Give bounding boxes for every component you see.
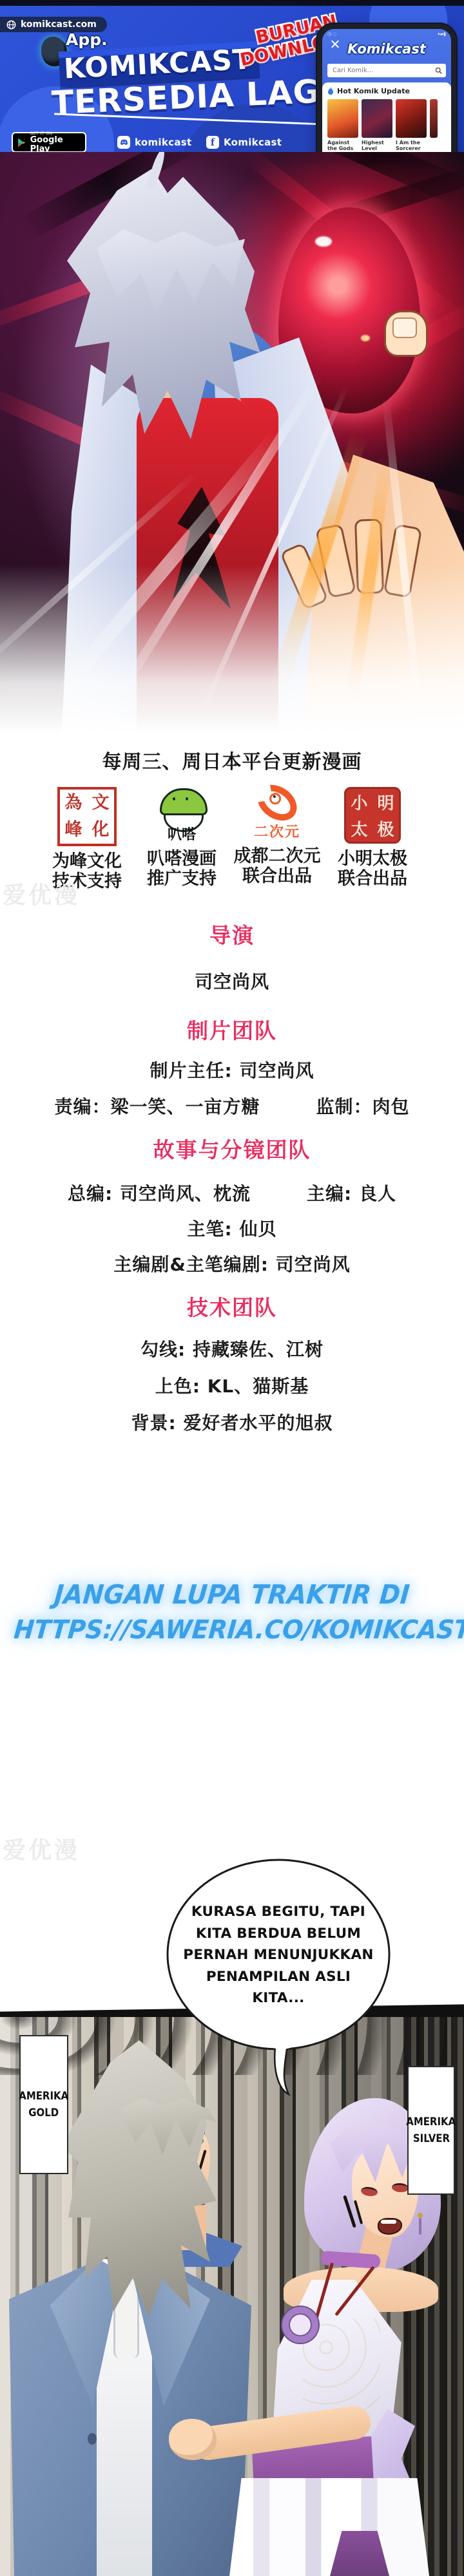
ecity-logo-icon (251, 778, 304, 828)
partner-name: 成都二次元 (229, 846, 325, 866)
app-promo-banner[interactable]: komikcast.com App. KOMIKCAST TERSEDIA LA… (0, 6, 464, 152)
donation-line1: JANGAN LUPA TRAKTIR DI (13, 1579, 452, 1610)
update-schedule-text: 每周三、周日本平台更新漫画 (0, 746, 464, 774)
search-input[interactable] (331, 66, 432, 75)
chapter-cover-art (0, 152, 464, 734)
facebook-icon: f (206, 136, 219, 149)
partner-ecity: 二次元 成都二次元联合出品 (229, 787, 325, 886)
phone-app-logo: Komikcast (322, 41, 451, 57)
label-amerika-silver: AMERIKA SILVER (407, 2066, 455, 2195)
gplay-line2: Google Play (30, 136, 81, 153)
credit-line: 主编剧&主笔编剧: 司空尚风 (0, 1251, 464, 1276)
speech-text: KURASA BEGITU, TAPI KITA BERDUA BELUM PE… (175, 1901, 382, 2009)
comic-title: Highest Level Returnee (Max Le... (362, 140, 392, 151)
watermark: 爱优漫 (3, 1832, 80, 1865)
comic-card-partial (430, 99, 438, 152)
credit-heading-story: 故事与分镜团队 (0, 1133, 464, 1164)
woman-earring (418, 2213, 423, 2218)
donation-link[interactable]: HTTPS://SAWERIA.CO/KOMIKCAST (13, 1615, 452, 1645)
credit-line: 责编：梁一笑、一亩方糖 监制：肉包 (0, 1093, 464, 1119)
bada-logo-text: 叭嗒 (156, 824, 208, 844)
comic-title: I Am the Sorcerer King (396, 140, 427, 151)
partner-bada: 叭嗒 叭嗒漫画推广支持 (134, 787, 229, 889)
credit-line: 司空尚风 (0, 968, 464, 994)
ecity-logo-text: 二次元 (254, 821, 300, 841)
comic-cover-thumb (327, 99, 358, 138)
credit-heading-director: 导演 (0, 919, 464, 949)
search-icon (435, 67, 442, 74)
credit-line: 制片主任: 司空尚风 (0, 1057, 464, 1083)
partner-role: 推广支持 (134, 869, 229, 889)
label-text: AMERIKA (19, 2090, 69, 2103)
woman-skirt (229, 2478, 429, 2576)
comic-cover-thumb (362, 99, 392, 138)
hot-update-header: Hot Komik Update (327, 87, 446, 95)
partner-name: 为峰文化 (39, 851, 135, 871)
comic-cover-thumb (396, 99, 427, 138)
label-text: AMERIKA (407, 2116, 456, 2128)
facebook-link[interactable]: f Komikcast (206, 135, 282, 149)
comic-title: Against the Gods (327, 140, 358, 151)
label-amerika-gold: AMERIKA GOLD (19, 2035, 68, 2174)
globe-icon (6, 20, 16, 30)
partner-role: 联合出品 (325, 869, 420, 889)
credit-line: 背景: 爱好者水平的旭叔 (0, 1409, 464, 1435)
weifeng-seal-icon: 為文 峰化 (57, 787, 117, 846)
clasped-hands (169, 2419, 217, 2460)
discord-link[interactable]: komikcast (117, 135, 191, 149)
label-text: GOLD (29, 2107, 59, 2119)
comic-card[interactable]: I Am the Sorcerer King Latest Ch 139 (396, 99, 427, 152)
partner-name: 叭嗒漫画 (134, 849, 229, 869)
watermark: 爱优漫 (3, 877, 80, 910)
bada-mascot-icon: 叭嗒 (156, 787, 208, 841)
credit-heading-tech: 技术团队 (0, 1291, 464, 1321)
top-strip (0, 0, 464, 6)
partner-name: 小明太极 (325, 849, 420, 869)
flame-icon (327, 87, 334, 95)
site-url-text: komikcast.com (21, 19, 97, 30)
cover-fade (0, 564, 464, 734)
comic-card[interactable]: Highest Level Returnee (Max Le... Latest… (362, 99, 392, 152)
comic-cover-thumb (430, 99, 438, 138)
partner-xiaoming: 小明 太极 小明太极联合出品 (325, 787, 420, 889)
comic-card[interactable]: Against the Gods Latest Ch 300 (327, 99, 358, 152)
xiaoming-seal-icon: 小明 太极 (344, 787, 401, 844)
app-label: App. (66, 30, 108, 49)
label-text: SILVER (412, 2132, 449, 2145)
facebook-handle: Komikcast (224, 137, 282, 148)
discord-handle: komikcast (135, 137, 191, 148)
credit-line: 勾线: 持藏臻佐、江树 (0, 1336, 464, 1361)
credit-line: 上色: KL、猫斯基 (0, 1372, 464, 1398)
phone-status-bar: ◷ ◌▾▰▮ (327, 32, 446, 37)
komikcast-reader-page: komikcast.com App. KOMIKCAST TERSEDIA LA… (0, 0, 464, 2576)
credit-line: 总编: 司空尚风、枕流 主编: 良人 (0, 1180, 464, 1206)
phone-search-bar[interactable] (327, 64, 446, 77)
man-button (88, 2433, 97, 2445)
hot-update-list: Against the Gods Latest Ch 300 Highest L… (327, 99, 446, 152)
google-play-badge[interactable]: GET IT ON Google Play (12, 132, 86, 152)
partner-role: 联合出品 (229, 866, 325, 886)
woman-ring-pendant (282, 2307, 318, 2343)
discord-icon (117, 136, 130, 149)
hot-update-title: Hot Komik Update (337, 87, 410, 95)
hero-thumb (384, 310, 428, 357)
partner-weifeng: 為文 峰化 为峰文化技术支持 (39, 787, 135, 891)
credit-heading-production: 制片团队 (0, 1014, 464, 1045)
phone-content-sheet: Hot Komik Update Against the Gods Latest… (322, 82, 451, 152)
play-store-icon (17, 137, 26, 148)
credit-line: 主笔: 仙贝 (0, 1215, 464, 1241)
